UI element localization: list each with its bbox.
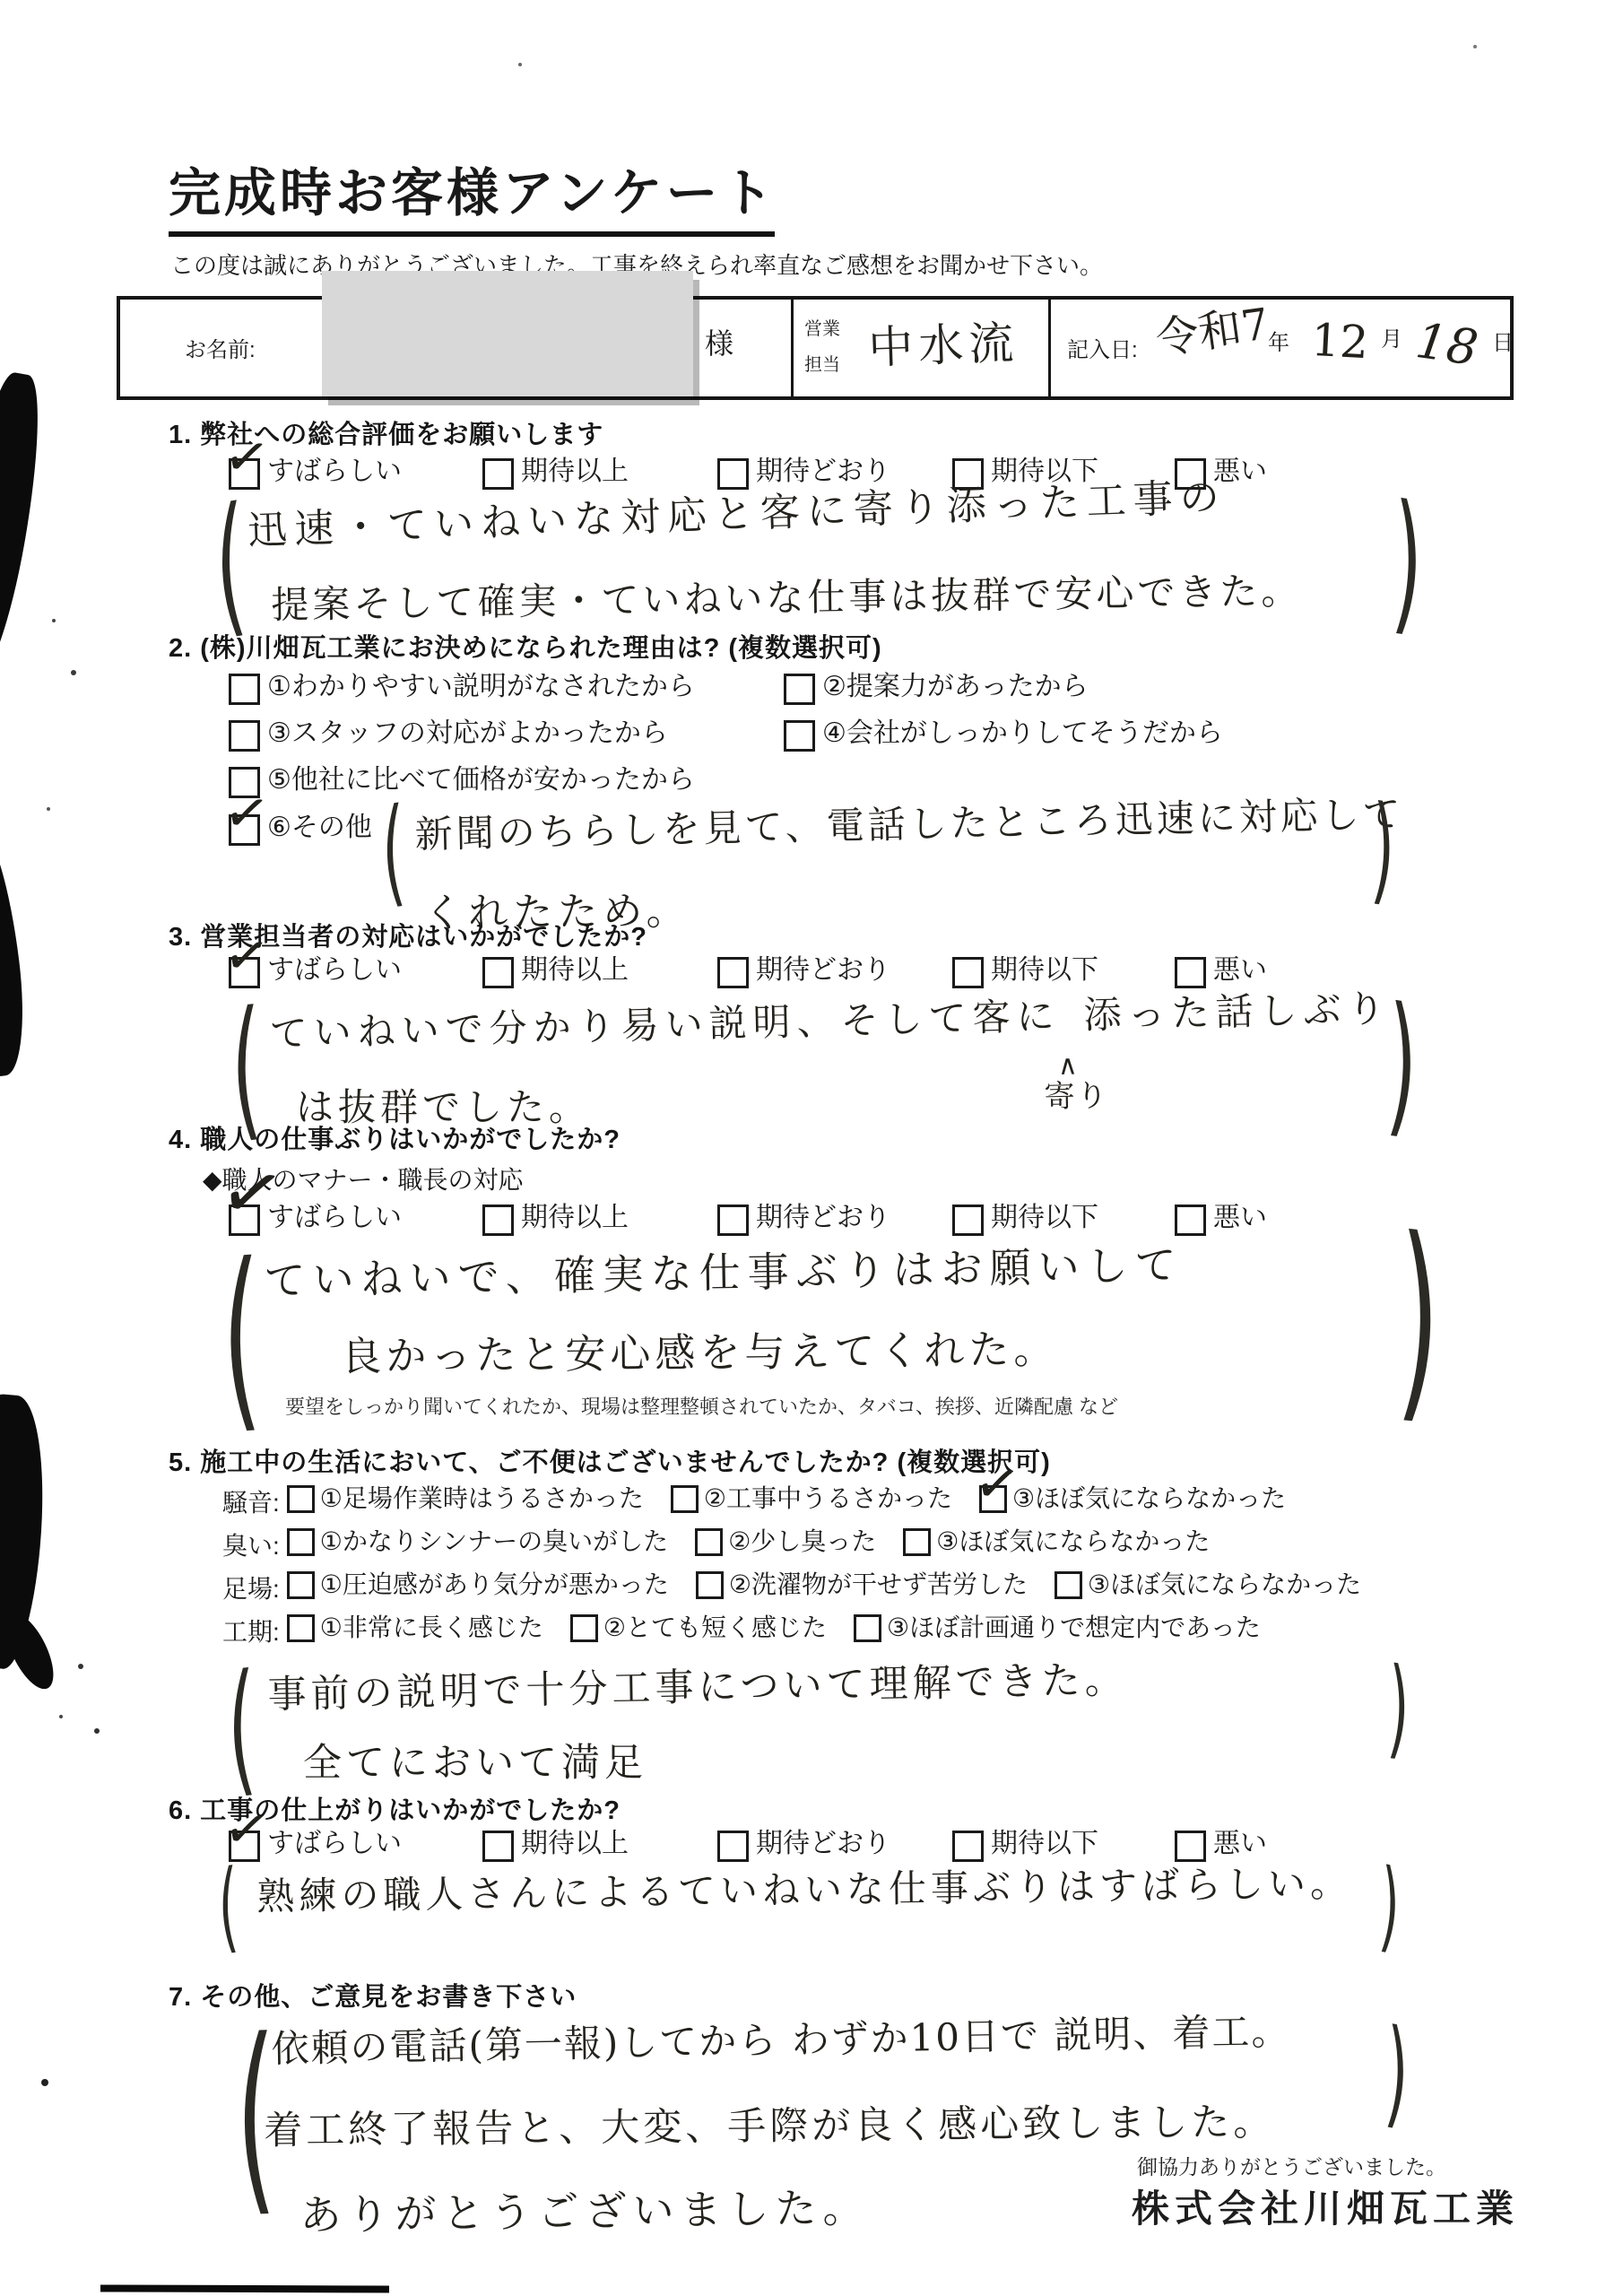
rating-option-label: 期待以下 (991, 954, 1098, 987)
checkbox[interactable]: ✓ (482, 1205, 514, 1236)
checkbox[interactable]: ✓ (784, 720, 815, 752)
sales-cell: 営業 担当 中水流 (791, 300, 1048, 396)
q5-row-schedule: 工期: ✓①非常に長く感じた ✓②とても短く感じた ✓③ほぼ計画通りで想定内であ… (222, 1613, 1288, 1648)
q5-option-label: ③ほぼ気にならなかった (1012, 1483, 1286, 1514)
question-2-number: 2. (169, 634, 192, 663)
q5-option: ✓③ほぼ気にならなかった (903, 1526, 1210, 1562)
q7-answer-line2: 着工終了報告と、大変、手際が良く感心致しました。 (264, 2092, 1275, 2155)
rating-option: ✓ 期待以上 (482, 1202, 629, 1236)
q5-option-label: ③ほぼ計画通りで想定内であった (887, 1613, 1261, 1643)
reason-option-label: ⑥その他 (267, 812, 372, 844)
question-4-number: 4. (169, 1126, 192, 1154)
reason-option-other: ✓ ⑥その他 (229, 812, 372, 846)
q5-option: ✓②少し臭った (695, 1526, 876, 1562)
check-mark-icon: ✓ (971, 1454, 1024, 1514)
question-6-number: 6. (169, 1796, 192, 1825)
rating-option: ✓ 期待どおり (717, 1828, 890, 1862)
respondent-info-table: お名前: 様 営業 担当 中水流 記入日: 令和7 年 12 月 18 日 (117, 296, 1514, 400)
hand-bracket-close: ) (1386, 1654, 1411, 1764)
q7-answer-line3: ありがとうございました。 (299, 2175, 871, 2242)
reason-option-label: ⑤他社に比べて価格が安かったから (267, 764, 695, 796)
question-5-text: 施工中の生活において、ご不便はございませんでしたか? (複数選択可) (200, 1448, 1051, 1477)
checkbox[interactable]: ✓ (717, 1831, 749, 1862)
q5-option-label: ③ほぼ気にならなかった (1088, 1570, 1361, 1600)
month-unit: 月 (1381, 321, 1402, 352)
q5-option-label: ②少し臭った (728, 1526, 876, 1557)
hand-bracket-open: ( (226, 1655, 257, 1801)
rating-option-label: すばらしい (267, 456, 402, 488)
day-unit: 日 (1492, 325, 1514, 356)
checkbox[interactable]: ✓ (952, 957, 984, 988)
q5-answer-line2: 全てにおいて満足 (303, 1733, 647, 1787)
q5-option: ✓①非常に長く感じた (287, 1613, 543, 1648)
reason-option-label: ②提案力があったから (822, 671, 1089, 703)
checkbox[interactable]: ✓ (717, 1205, 749, 1236)
q3-answer-line1a: ていねいで分かり易い説明、そして客に (269, 994, 1061, 1056)
q5-row-noise: 騒音: ✓①足場作業時はうるさかった ✓②工事中うるさかった ✓③ほぼ気にならな… (222, 1483, 1313, 1519)
checkbox[interactable]: ✓ (482, 1831, 514, 1862)
rating-option: ✓ 期待どおり (717, 1202, 890, 1236)
rating-option-label: すばらしい (267, 1828, 402, 1860)
question-1-number: 1. (169, 421, 192, 449)
q5-row-prefix: 臭い: (222, 1526, 280, 1562)
reason-option: ✓ ①わかりやすい説明がなされたから (229, 671, 695, 705)
reason-option-label: ④会社がしっかりしてそうだから (822, 717, 1223, 750)
question-2-text: (株)川畑瓦工業にお決めになられた理由は? (複数選択可) (200, 634, 881, 663)
rating-option: ✓ すばらしい (229, 456, 402, 490)
reason-option: ✓ ⑤他社に比べて価格が安かったから (229, 764, 695, 798)
sales-label-bottom: 担当 (804, 350, 840, 376)
checkbox[interactable]: ✓ (952, 1831, 984, 1862)
question-3-number: 3. (169, 923, 192, 952)
q5-option-label: ①かなりシンナーの臭いがした (320, 1526, 668, 1557)
checkbox[interactable]: ✓ (1055, 1571, 1082, 1599)
check-mark-icon: ✓ (221, 926, 273, 986)
checkbox[interactable]: ✓ (287, 1485, 315, 1513)
question-4-note: 要望をしっかり聞いてくれたか、現場は整理整頓されていたか、タバコ、挨拶、近隣配慮… (285, 1392, 1118, 1420)
hand-bracket-open: ( (221, 1237, 263, 1437)
inserted-word: 寄り (1044, 1071, 1109, 1117)
rating-option: ✓ 悪い (1175, 1202, 1267, 1236)
rating-option-label: 期待以下 (991, 1828, 1098, 1860)
q3-answer-line1b: 添った話しぶり (1083, 987, 1392, 1038)
rating-option-label: 期待以上 (521, 954, 629, 987)
q5-option-label: ②工事中うるさかった (704, 1483, 952, 1514)
q2-options-row2: ✓ ③スタッフの対応がよかったから ✓ ④会社がしっかりしてそうだから (0, 717, 1623, 761)
footer-thanks: 御協力ありがとうございました。 (1137, 2151, 1446, 2180)
year-unit: 年 (1268, 325, 1289, 356)
checkbox[interactable]: ✓ (903, 1528, 931, 1556)
q5-row-prefix: 騒音: (222, 1483, 280, 1519)
hand-bracket-close: ) (1369, 789, 1396, 909)
date-day: 18 (1412, 312, 1481, 377)
hand-bracket-close: ) (1383, 2013, 1410, 2133)
q5-row-prefix: 足場: (222, 1570, 280, 1605)
hand-bracket-close: ) (1390, 484, 1425, 640)
q5-option: ✓②とても短く感じた (570, 1613, 827, 1648)
checkbox[interactable]: ✓ (229, 720, 260, 752)
date-era-year: 令和7 (1151, 289, 1272, 366)
insertion-mark: ∧寄り (1061, 1021, 1084, 1029)
checkbox[interactable]: ✓ (979, 1485, 1007, 1513)
rating-option-label: 期待以下 (991, 1202, 1098, 1234)
checkbox[interactable]: ✓ (229, 674, 260, 705)
q2-options-row1: ✓ ①わかりやすい説明がなされたから ✓ ②提案力があったから (0, 671, 1623, 714)
q5-option-label: ①非常に長く感じた (320, 1613, 543, 1643)
question-5-number: 5. (169, 1448, 192, 1477)
q1-answer-line2: 提案そして確実・ていねいな仕事は抜群で安心できた。 (271, 561, 1303, 630)
checkbox[interactable]: ✓ (482, 957, 514, 988)
name-label: お名前: (185, 332, 256, 363)
checkbox[interactable]: ✓ (287, 1528, 315, 1556)
rating-option-label: 期待以上 (521, 1828, 629, 1860)
reason-option-label: ③スタッフの対応がよかったから (267, 717, 668, 750)
checkbox[interactable]: ✓ (695, 1528, 723, 1556)
rating-option-label: 悪い (1213, 1202, 1267, 1234)
page-title: 完成時お客様アンケート (169, 151, 777, 226)
date-cell: 記入日: 令和7 年 12 月 18 日 (1048, 300, 1510, 396)
checkbox[interactable]: ✓ (784, 674, 815, 705)
q5-option-label: ③ほぼ気にならなかった (936, 1526, 1210, 1557)
rating-option-label: すばらしい (267, 954, 402, 987)
rating-option-label: 期待どおり (756, 1202, 890, 1234)
check-mark-icon: ✓ (221, 783, 273, 843)
scan-artifact (0, 370, 53, 684)
q5-option: ✓②洗濯物が干せず苦労した (696, 1570, 1028, 1605)
scan-artifact (100, 2284, 389, 2292)
q5-option-label: ②とても短く感じた (603, 1613, 827, 1643)
date-month: 12 (1310, 314, 1370, 369)
rating-option-label: 期待以上 (521, 1202, 629, 1234)
name-redaction (322, 271, 693, 396)
hand-bracket-close: ) (1384, 987, 1419, 1143)
footer-company-name: 株式会社川畑瓦工業 (1132, 2179, 1519, 2233)
q5-option-label: ②洗濯物が干せず苦労した (729, 1570, 1028, 1600)
question-2-title: 2. (株)川畑瓦工業にお決めになられた理由は? (複数選択可) (169, 628, 882, 665)
q5-option-label: ①圧迫感があり気分が悪かった (320, 1570, 669, 1600)
rating-option: ✓ 期待以下 (952, 1202, 1098, 1236)
reason-option: ✓ ④会社がしっかりしてそうだから (784, 717, 1223, 752)
q5-option: ✓①かなりシンナーの臭いがした (287, 1526, 668, 1562)
q5-row-scaffold: 足場: ✓①圧迫感があり気分が悪かった ✓②洗濯物が干せず苦労した ✓③ほぼ気に… (222, 1570, 1388, 1605)
name-suffix: 様 (705, 321, 733, 362)
rating-option-label: すばらしい (267, 1202, 402, 1234)
question-5-title: 5. 施工中の生活において、ご不便はございませんでしたか? (複数選択可) (169, 1442, 1051, 1479)
rating-option: ✓ 期待以上 (482, 954, 629, 988)
checkbox[interactable]: ✓ (287, 1614, 315, 1642)
scan-speckles (52, 619, 56, 622)
checkbox[interactable]: ✓ (482, 458, 514, 490)
q4-answer-line2: 良かったと安心感を与えてくれた。 (341, 1317, 1059, 1382)
checkbox[interactable]: ✓ (717, 957, 749, 988)
q5-option: ✓③ほぼ気にならなかった (979, 1483, 1286, 1519)
hand-bracket-close: ) (1377, 1855, 1402, 1957)
q5-option: ✓③ほぼ気にならなかった (1055, 1570, 1361, 1605)
rating-option-label: 期待どおり (756, 1828, 890, 1860)
q5-row-smell: 臭い: ✓①かなりシンナーの臭いがした ✓②少し臭った ✓③ほぼ気にならなかった (222, 1526, 1237, 1562)
rating-option-label: 期待以上 (521, 456, 629, 488)
checkbox[interactable]: ✓ (696, 1571, 724, 1599)
checkbox[interactable]: ✓ (1175, 1205, 1206, 1236)
checkbox[interactable]: ✓ (570, 1614, 598, 1642)
q5-option: ✓①圧迫感があり気分が悪かった (287, 1570, 669, 1605)
rating-option: ✓ 期待以上 (482, 456, 629, 490)
question-7-title: 7. その他、ご意見をお書き下さい (169, 1977, 577, 2013)
checkbox[interactable]: ✓ (229, 814, 260, 846)
sales-person-name: 中水流 (867, 307, 1020, 377)
rating-option: ✓ 期待以上 (482, 1828, 629, 1862)
sales-label-top: 営業 (804, 314, 840, 340)
q5-option: ✓②工事中うるさかった (671, 1483, 952, 1519)
name-cell: お名前: 様 (120, 300, 791, 396)
checkbox[interactable]: ✓ (952, 1205, 984, 1236)
rating-option: ✓ 期待以下 (952, 954, 1098, 988)
question-7-number: 7. (169, 1983, 192, 2012)
checkbox[interactable]: ✓ (854, 1614, 881, 1642)
reason-option-label: ①わかりやすい説明がなされたから (267, 671, 695, 703)
hand-bracket-open: ( (213, 486, 248, 643)
survey-sheet: 完成時お客様アンケート この度は誠にありがとうございました。工事を終えられ率直な… (0, 0, 1623, 2296)
checkbox[interactable]: ✓ (287, 1571, 315, 1599)
q5-option: ✓①足場作業時はうるさかった (287, 1483, 644, 1519)
checkbox[interactable]: ✓ (671, 1485, 699, 1513)
date-label: 記入日: (1067, 332, 1138, 363)
reason-option: ✓ ③スタッフの対応がよかったから (229, 717, 668, 752)
rating-option: ✓ 期待どおり (717, 954, 890, 988)
reason-option: ✓ ②提案力があったから (784, 671, 1089, 705)
q5-option-label: ①足場作業時はうるさかった (320, 1483, 644, 1514)
hand-bracket-open: ( (380, 791, 407, 910)
title-underline (169, 231, 775, 237)
q5-option: ✓③ほぼ計画通りで想定内であった (854, 1613, 1261, 1648)
rating-option-label: 期待どおり (756, 954, 890, 987)
hand-bracket-close: ) (1395, 1209, 1443, 1429)
scan-artifact (0, 828, 33, 1079)
hand-bracket-open: ( (217, 1856, 239, 1957)
rating-option: ✓ すばらしい (229, 1828, 402, 1862)
q5-answer-line1: 事前の説明で十分工事について理解できた。 (267, 1649, 1128, 1719)
